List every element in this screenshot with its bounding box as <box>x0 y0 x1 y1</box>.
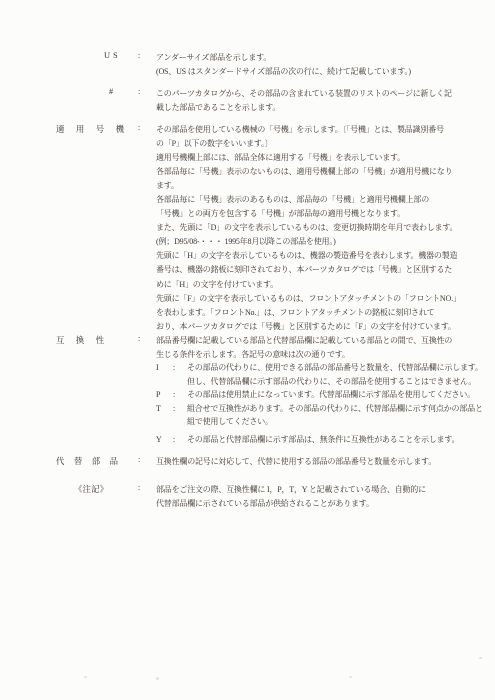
text-line: また、先頭に「D」の文字を表示しているものは、変更切換時期を年月で表わします。 <box>156 221 461 235</box>
text-line: の「P」以下の数字をいいます。〕 <box>156 137 461 151</box>
item-text: 組合せで互換性があります。その部品の代わりに、代替部品欄に示す何点かの部品と 組… <box>187 402 483 429</box>
colon-separator: : <box>173 388 187 402</box>
scan-speck <box>349 676 352 678</box>
text-line: 各部品毎に「号機」表示のあるものは、部品毎の「号機」と適用号機欄上部の <box>156 193 461 207</box>
legend-hash-line2: 載した部品であることを示します。 <box>156 101 280 115</box>
text-line: ます。 <box>156 179 461 193</box>
item-text: その部品の代わりに、使用できる部品の部品番号と数量を、代替部品欄に示します。 但… <box>187 361 483 388</box>
item-symbol: T <box>156 402 173 416</box>
colon-separator: : <box>138 334 140 343</box>
scan-speck <box>479 657 482 659</box>
item-symbol: I <box>156 361 173 375</box>
colon-separator: : <box>173 361 187 375</box>
colon-separator: : <box>138 51 140 60</box>
colon-separator: : <box>138 455 140 464</box>
text-line: その部品を使用している機械の「号機」を示します。〔「号機」とは、製品識別番号 <box>156 123 461 137</box>
colon-separator: : <box>138 483 140 492</box>
colon-separator: : <box>173 433 187 447</box>
interchangeability-item-i: I : その部品の代わりに、使用できる部品の部品番号と数量を、代替部品欄に示しま… <box>156 361 486 388</box>
alternative-parts-line: 互換性欄の記号に対応して、代替に使用する部品の部品番号と数量を示します。 <box>156 455 436 469</box>
text-line: を表わします。「フロントNo.」は、フロントアタッチメントの銘板に刻印されて <box>156 306 461 320</box>
section-title-applicable-serial: 適 用 号 機 <box>56 123 124 135</box>
interchangeability-item-t: T : 組合せで互換性があります。その部品の代わりに、代替部品欄に示す何点かの部… <box>156 402 486 429</box>
item-symbol: Y <box>156 433 173 447</box>
text-line: めに「H」の文字を付けています。 <box>156 278 461 292</box>
item-text: その部品と代替部品欄に示す部品は、無条件に互換性があることを示します。 <box>187 433 459 447</box>
document-page: US : アンダーサイズ部品を示します。 (OS、US はスタンダードサイズ部品… <box>0 0 495 700</box>
text-line: 部品番号欄に記載している部品と代替部品欄に記載している部品との間で、互換性の <box>156 334 452 348</box>
section-title-interchangeability: 互 換 性 <box>56 334 104 346</box>
interchangeability-items: I : その部品の代わりに、使用できる部品の部品番号と数量を、代替部品欄に示しま… <box>156 361 486 446</box>
note-body: 部品をご注文の際、互換性欄に I，P，T，Y と記載されている場合、自動的に 代… <box>156 483 426 510</box>
note-title: 《注記》 <box>74 483 108 495</box>
interchangeability-item-y: Y : その部品と代替部品欄に示す部品は、無条件に互換性があることを示します。 <box>156 433 486 447</box>
colon-separator: : <box>173 402 187 416</box>
text-line: 先頭に「H」の文字を表示しているものは、機器の製造番号を表わします。機器の製造 <box>156 249 461 263</box>
text-line: (例；D95/08-・・・ 1995年8月以降この部品を使用。) <box>156 235 461 249</box>
text-line: 組で使用してください。 <box>187 415 483 429</box>
item-text: その部品は使用禁止になっています。代替部品欄に示す部品を使用してください。 <box>187 388 475 402</box>
section-title-alternative-parts: 代 替 部 品 <box>56 455 118 467</box>
scan-speck <box>84 676 87 678</box>
legend-us-line2: (OS、US はスタンダードサイズ部品の次の行に、続けて記載しています。) <box>156 65 411 79</box>
text-line: 番号は、機器の銘板に刻印されており、本パーツカタログでは「号機」と区別するた <box>156 263 461 277</box>
legend-us-line1: アンダーサイズ部品を示します。 <box>156 51 271 65</box>
colon-separator: : <box>138 87 140 96</box>
text-line: その部品の代わりに、使用できる部品の部品番号と数量を、代替部品欄に示します。 <box>187 361 483 375</box>
text-line: 先頭に「F」の文字を表示しているものは、フロントアタッチメントの「フロントNO.… <box>156 292 461 306</box>
colon-separator: : <box>138 123 140 132</box>
interchangeability-item-p: P : その部品は使用禁止になっています。代替部品欄に示す部品を使用してください… <box>156 388 486 402</box>
text-line: 各部品毎に「号機」表示のないものは、適用号機欄上部の「号機」が適用号機になり <box>156 165 461 179</box>
interchangeability-intro: 部品番号欄に記載している部品と代替部品欄に記載している部品との間で、互換性の 生… <box>156 334 452 361</box>
text-line: 部品をご注文の際、互換性欄に I，P，T，Y と記載されている場合、自動的に <box>156 483 426 497</box>
item-symbol: P <box>156 388 173 402</box>
legend-symbol-us: US <box>104 51 121 60</box>
text-line: 但し、代替部品欄に示す部品の代わりに、その部品を使用することはできません。 <box>187 375 483 389</box>
scan-speck <box>156 677 159 680</box>
text-line: 代替部品欄に示されている部品が供給されることがあります。 <box>156 497 426 511</box>
applicable-serial-body: その部品を使用している機械の「号機」を示します。〔「号機」とは、製品識別番号 の… <box>156 123 461 334</box>
text-line: 生じる条件を示します。各記号の意味は次の通りです。 <box>156 348 452 362</box>
legend-hash-line1: このパーツカタログから、その部品の含まれている装置のリストのページに新しく記 <box>156 87 452 101</box>
text-line: その部品は使用禁止になっています。代替部品欄に示す部品を使用してください。 <box>187 388 475 402</box>
text-line: 「号機」との両方を包含する「号機」が部品毎の適用号機となります。 <box>156 207 461 221</box>
text-line: その部品と代替部品欄に示す部品は、無条件に互換性があることを示します。 <box>187 433 459 447</box>
text-line: おり、本パーツカタログでは「号機」と区別するために「F」の文字を付けています。 <box>156 320 461 334</box>
text-line: 適用号機欄上部には、部品全体に適用する「号機」を表示しています。 <box>156 151 461 165</box>
text-line: 組合せで互換性があります。その部品の代わりに、代替部品欄に示す何点かの部品と <box>187 402 483 416</box>
legend-symbol-hash: # <box>109 87 116 96</box>
